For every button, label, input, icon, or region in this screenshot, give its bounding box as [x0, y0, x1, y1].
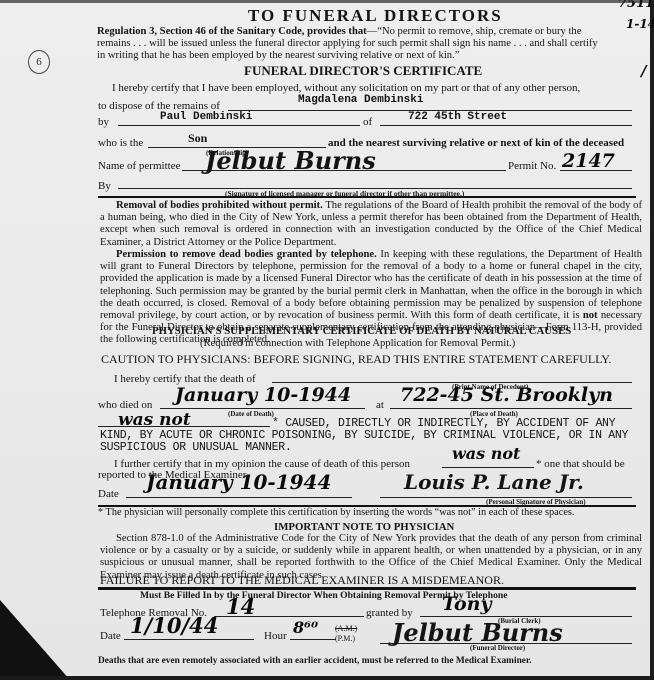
permit-no-label: Permit No.: [508, 160, 556, 173]
funeral-certificate-title: FUNERAL DIRECTOR'S CERTIFICATE: [244, 63, 482, 79]
hour-field[interactable]: 8⁶⁰: [293, 618, 318, 637]
divider: [98, 196, 636, 198]
caution-text: CAUTION TO PHYSICIANS: BEFORE SIGNING, R…: [101, 352, 611, 367]
physician-signature[interactable]: Louis P. Lane Jr.: [404, 470, 584, 494]
permittee-label: Name of permittee: [98, 160, 180, 173]
permittee-signature[interactable]: Jelbut Burns: [205, 146, 376, 175]
scan-corner-shadow: [0, 600, 70, 680]
by2-label: By: [98, 180, 111, 193]
misdemeanor-warning: FAILURE TO REPORT TO THE MEDICAL EXAMINE…: [100, 573, 504, 588]
granted-by-field[interactable]: Tony: [442, 593, 492, 615]
scan-right-edge: [650, 0, 654, 680]
by-field[interactable]: Paul Dembinski: [160, 111, 252, 123]
circled-number-mark: 6: [28, 50, 50, 74]
certify-intro: I hereby certify that I have been employ…: [112, 82, 580, 95]
date-of-death-caption: (Date of Death): [228, 410, 274, 418]
death-certificate-page: 75113 1-14 / 6 TO FUNERAL DIRECTORS Regu…: [0, 0, 654, 680]
director-caption: (Funeral Director): [470, 644, 525, 652]
hour-line: [290, 639, 336, 640]
further-tail: * one that should be: [536, 458, 625, 471]
physician-date-line: [126, 497, 352, 498]
of-label: of: [363, 116, 372, 129]
regulation-line-2: remains . . . will be issued unless the …: [97, 38, 598, 51]
margin-tick-right: /: [641, 62, 646, 80]
physician-date-field[interactable]: January 10-1944: [146, 470, 331, 494]
remains-field[interactable]: Magdalena Dembinski: [298, 94, 423, 106]
removal-paragraph: Removal of bodies prohibited without per…: [100, 200, 642, 249]
was-not-field-1[interactable]: was not: [118, 410, 191, 430]
page-title: TO FUNERAL DIRECTORS: [248, 6, 503, 26]
physician-date-label: Date: [98, 488, 119, 501]
physician-footnote: * The physician will personally complete…: [98, 507, 574, 520]
address-field[interactable]: 722 45th Street: [408, 111, 507, 123]
margin-note-top-right: 75113: [618, 0, 654, 11]
place-of-death-line: [390, 408, 632, 409]
by-label: by: [98, 116, 109, 129]
margin-note-right: 1-14: [626, 17, 654, 31]
telephone-date-label: Date: [100, 630, 121, 643]
am-label: (A.M.): [335, 624, 357, 633]
telephone-date-field[interactable]: 1/10/44: [130, 613, 218, 638]
caused-text-3: SUSPICIOUS OR UNUSUAL MANNER.: [100, 441, 291, 454]
physician-certificate-title: PHYSICIAN'S SUPPLEMENTARY CERTIFICATE OF…: [152, 325, 571, 337]
relationship-field[interactable]: Son: [188, 131, 207, 146]
place-of-death-field[interactable]: 722-45 St. Brooklyn: [400, 384, 613, 406]
date-of-death-line: [160, 408, 365, 409]
telephone-date-line: [124, 639, 254, 640]
was-not-field-2[interactable]: was not: [452, 444, 520, 463]
regulation-line-3: in writing that he has been employed by …: [97, 50, 459, 63]
director-signature[interactable]: Jelbut Burns: [392, 618, 563, 647]
by-line: [118, 125, 360, 126]
important-note-title: IMPORTANT NOTE TO PHYSICIAN: [274, 521, 454, 533]
was-not-line-2: [442, 467, 534, 468]
telephone-footer: Deaths that are even remotely associated…: [98, 656, 532, 666]
physician-certificate-subtitle: (Required in connection with Telephone A…: [200, 338, 515, 351]
removal-no-field[interactable]: 14: [226, 594, 255, 619]
permit-no-field[interactable]: 2147: [562, 150, 615, 172]
scan-bottom-edge: [0, 676, 654, 680]
hour-label: Hour: [264, 630, 287, 643]
at-label: at: [376, 399, 384, 412]
scan-top-edge: [0, 0, 654, 3]
who-is-label: who is the: [98, 137, 143, 150]
address-line: [380, 125, 632, 126]
regulation-lead: Regulation 3, Section 46 of the Sanitary…: [97, 26, 367, 37]
pm-label: (P.M.): [335, 634, 355, 643]
date-of-death-field[interactable]: January 10-1944: [175, 384, 351, 406]
regulation-line-1: Regulation 3, Section 46 of the Sanitary…: [97, 26, 581, 39]
